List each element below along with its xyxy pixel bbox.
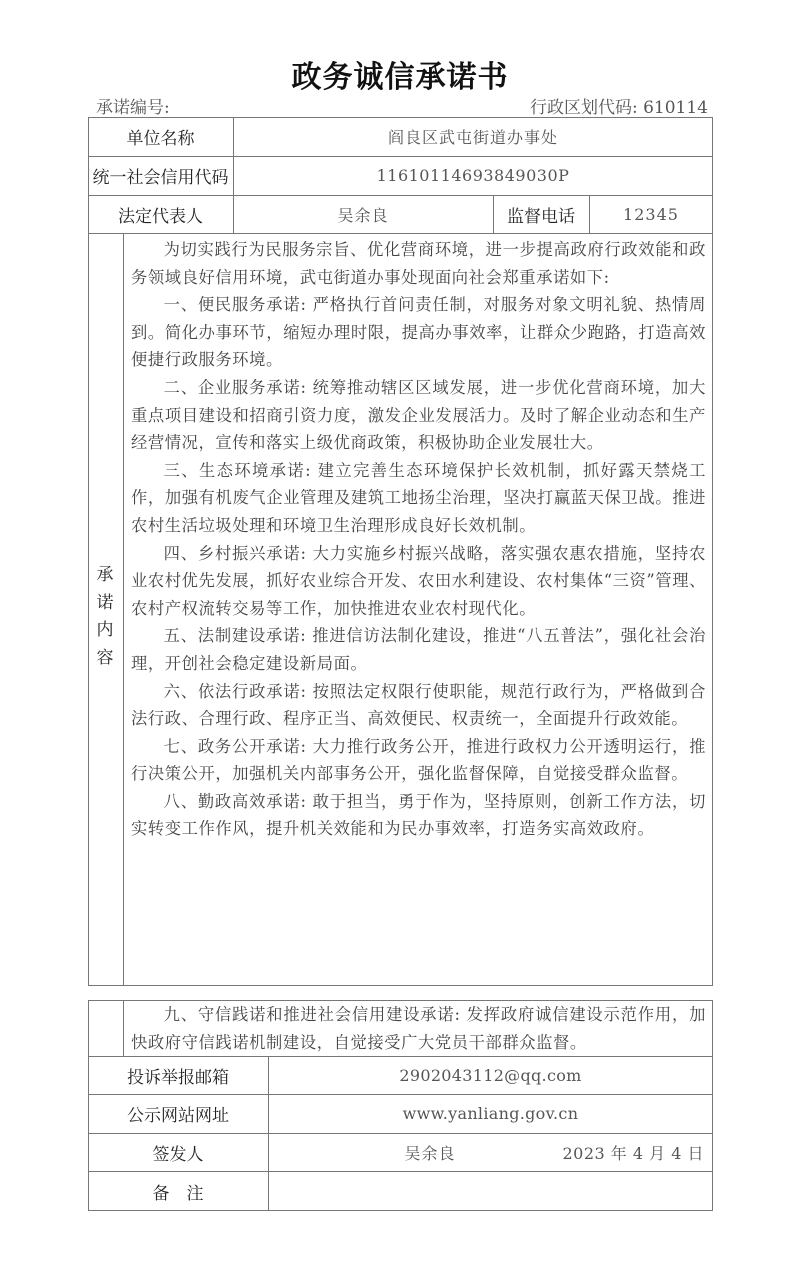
remarks-value bbox=[268, 1171, 713, 1211]
commitment-content-label: 承诺内容 bbox=[90, 562, 120, 672]
paragraph-legal-construction: 五、法制建设承诺: 推进信访法制化建设，推进“八五普法”，强化社会治理，开创社会… bbox=[131, 622, 706, 677]
unit-name-value: 阎良区武屯街道办事处 bbox=[233, 117, 713, 156]
paragraph-intro: 为切实践行为民服务宗旨、优化营商环境，进一步提高政府行政效能和政务领域良好信用环… bbox=[131, 236, 706, 291]
complaint-email-label: 投诉举报邮箱 bbox=[88, 1056, 268, 1094]
remarks-label: 备 注 bbox=[88, 1171, 268, 1211]
commitment-number-label: 承诺编号: bbox=[96, 93, 170, 118]
complaint-email-value[interactable]: 2902043112@qq.com bbox=[268, 1056, 713, 1094]
signer-label: 签发人 bbox=[88, 1133, 268, 1171]
paragraph-government-transparency: 七、政务公开承诺: 大力推行政务公开，推进行政权力公开透明运行，推行决策公开，加… bbox=[131, 733, 706, 788]
sign-date: 2023 年 4 月 4 日 bbox=[540, 1133, 710, 1171]
paragraph-rural-revitalization: 四、乡村振兴承诺: 大力实施乡村振兴战略，落实强农惠农措施，坚持农业农村优先发展… bbox=[131, 540, 706, 623]
paragraph-credit-construction: 九、守信践诺和推进社会信用建设承诺: 发挥政府诚信建设示范作用，加快政府守信践诺… bbox=[131, 1001, 706, 1056]
divider bbox=[123, 233, 124, 986]
region-code-label: 行政区划代码: 610114 bbox=[530, 93, 708, 118]
paragraph-lawful-administration: 六、依法行政承诺: 按照法定权限行使职能，规范行政行为，严格做到合法行政、合理行… bbox=[131, 678, 706, 733]
legal-representative-label: 法定代表人 bbox=[88, 195, 233, 233]
unit-name-label: 单位名称 bbox=[88, 117, 233, 156]
paragraph-diligent-efficiency: 八、勤政高效承诺: 敢于担当，勇于作为，坚持原则，创新工作方法，切实转变工作作风… bbox=[131, 788, 706, 843]
commitment-content: 为切实践行为民服务宗旨、优化营商环境，进一步提高政府行政效能和政务领域良好信用环… bbox=[131, 236, 706, 843]
website-value[interactable]: www.yanliang.gov.cn bbox=[268, 1094, 713, 1133]
supervision-phone-value: 12345 bbox=[589, 195, 713, 233]
divider bbox=[123, 1000, 124, 1056]
paragraph-credit-construction-text: 九、守信践诺和推进社会信用建设承诺: 发挥政府诚信建设示范作用，加快政府守信践诺… bbox=[131, 1001, 706, 1056]
paragraph-ecology: 三、生态环境承诺: 建立完善生态环境保护长效机制，抓好露天禁烧工作，加强有机废气… bbox=[131, 457, 706, 540]
supervision-phone-label: 监督电话 bbox=[493, 195, 589, 233]
divider bbox=[88, 233, 713, 234]
website-label: 公示网站网址 bbox=[88, 1094, 268, 1133]
legal-representative-value: 吴余良 bbox=[233, 195, 493, 233]
paragraph-enterprise-service: 二、企业服务承诺: 统筹推动辖区区域发展，进一步优化营商环境，加大重点项目建设和… bbox=[131, 374, 706, 457]
signer-value: 吴余良 bbox=[370, 1133, 490, 1171]
credit-code-value: 11610114693849030P bbox=[233, 156, 713, 195]
credit-code-label: 统一社会信用代码 bbox=[88, 156, 233, 195]
paragraph-convenience-service: 一、便民服务承诺: 严格执行首问责任制，对服务对象文明礼貌、热情周到。简化办事环… bbox=[131, 291, 706, 374]
document-title: 政务诚信承诺书 bbox=[0, 52, 800, 96]
